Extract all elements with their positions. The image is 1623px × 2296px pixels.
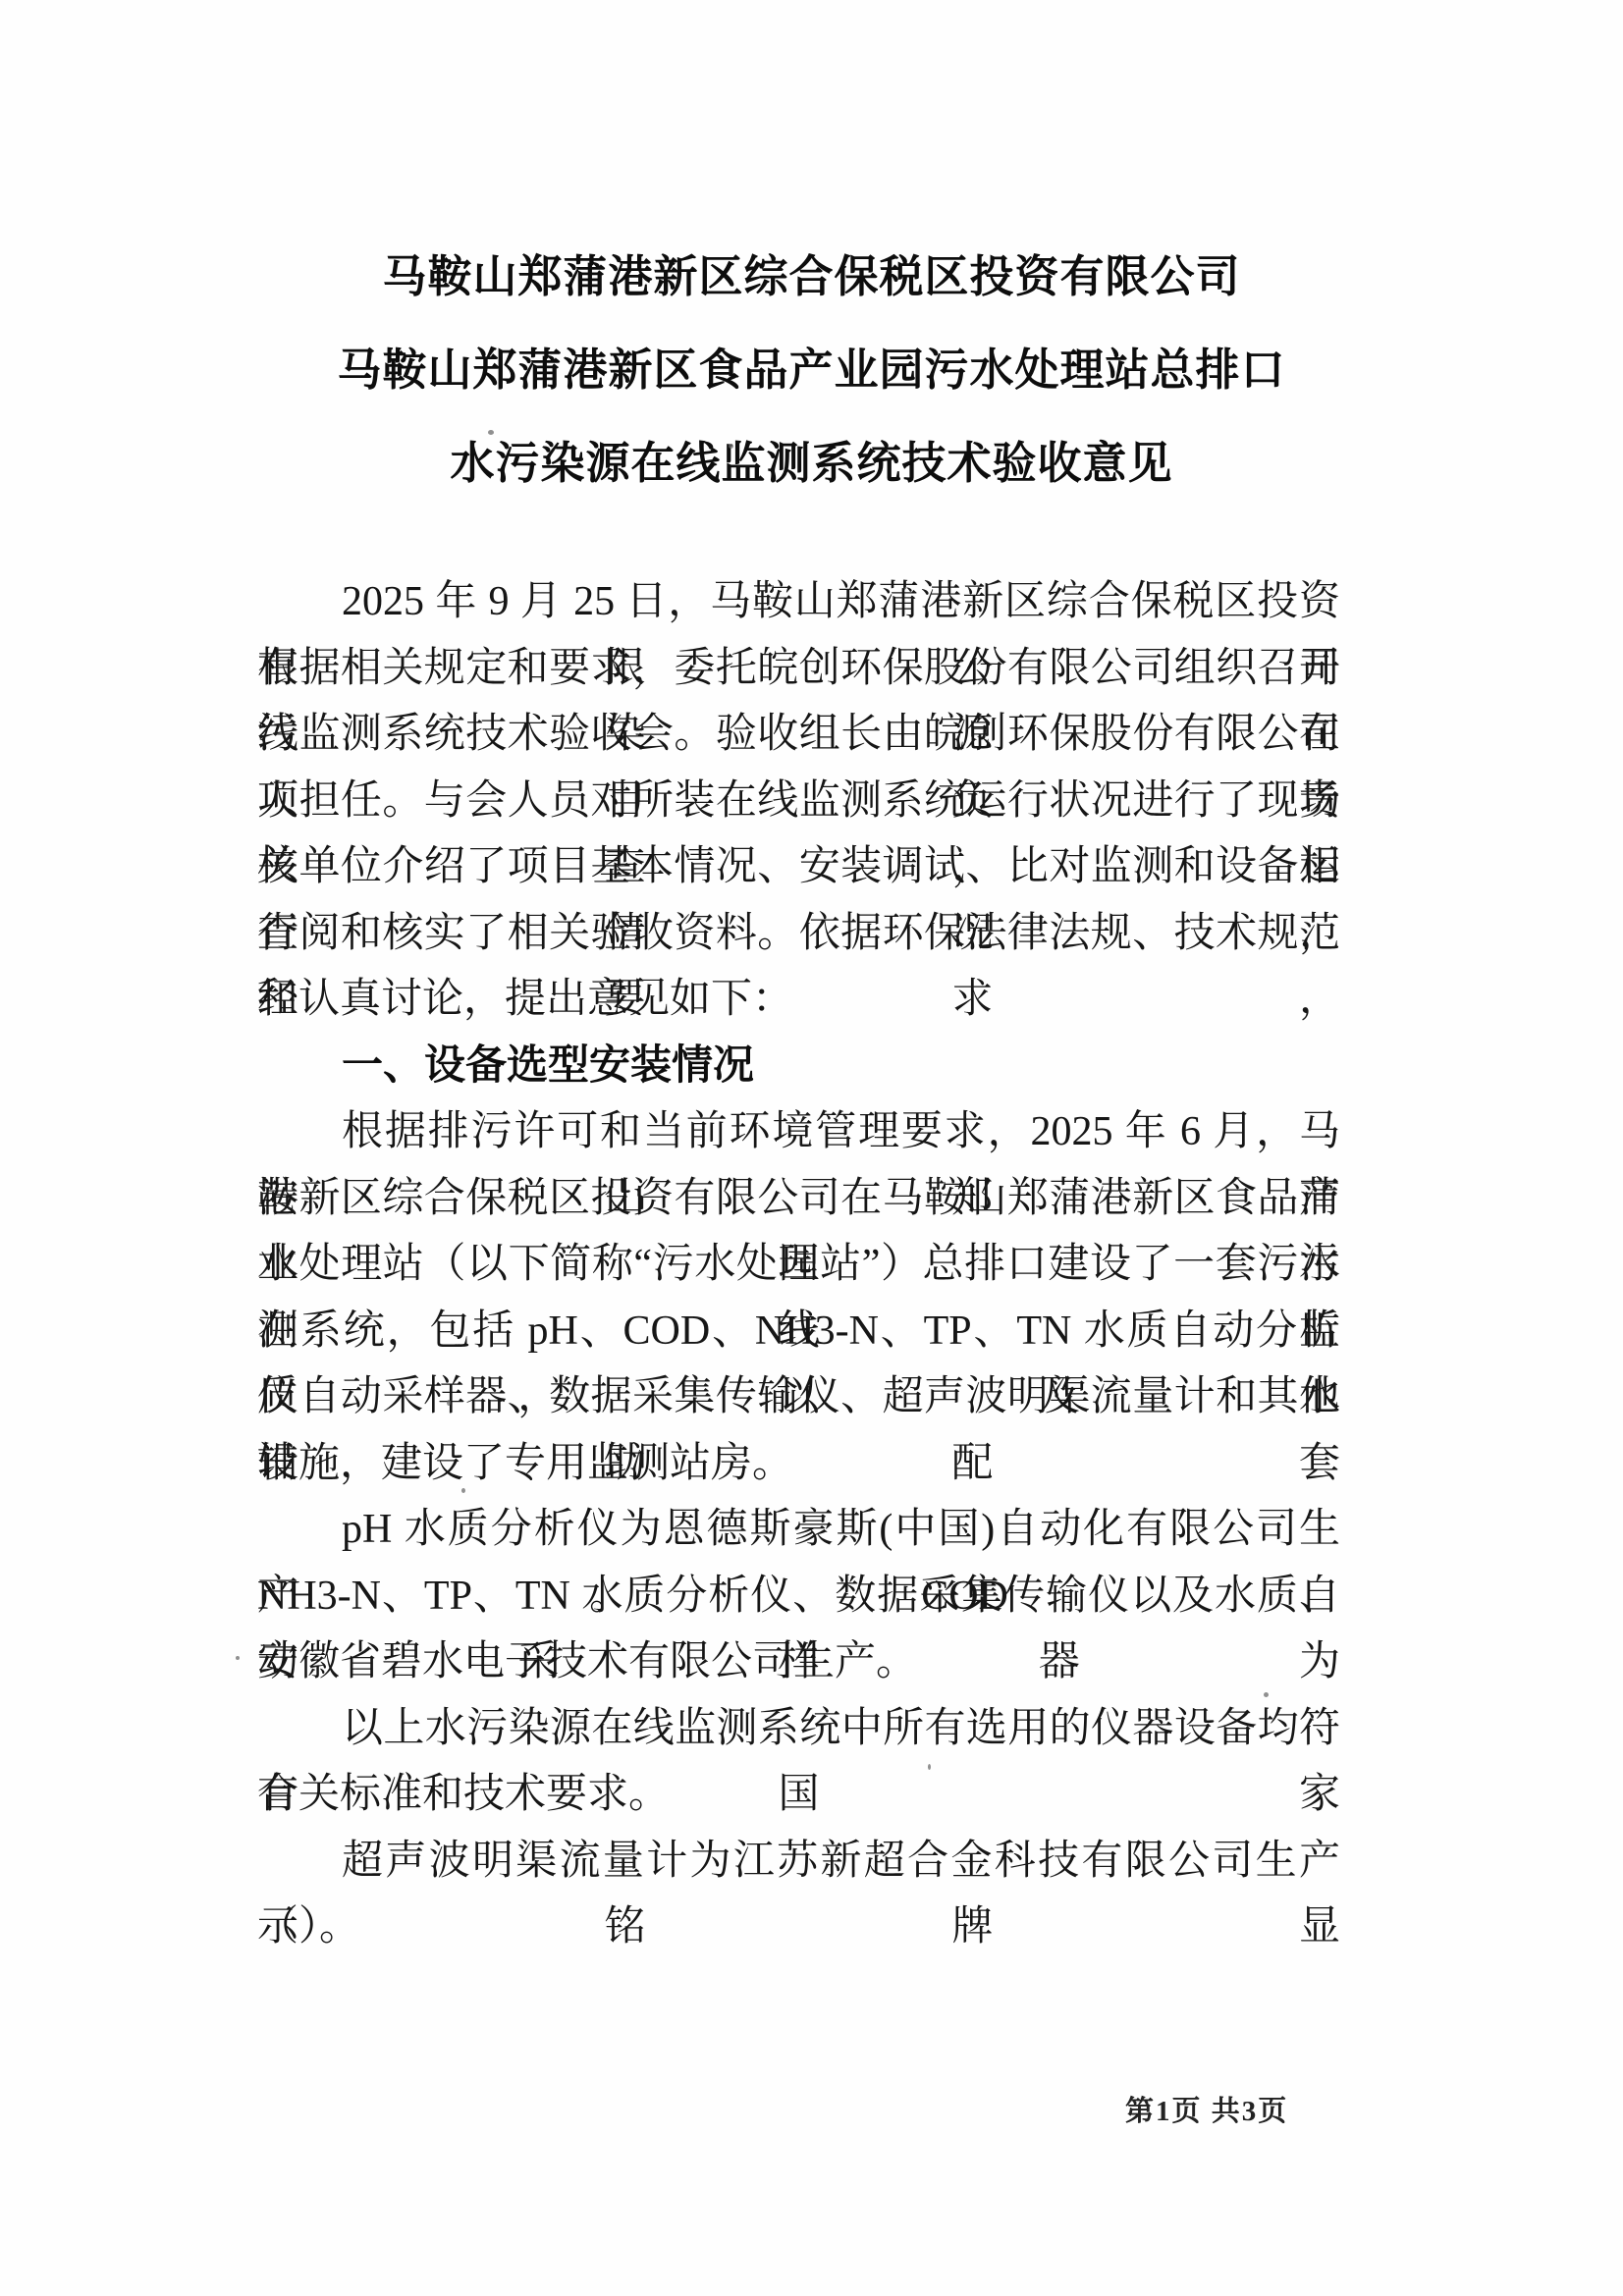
body-line: 查阅和核实了相关验收资料。依据环保法律法规、技术规范和要求， bbox=[257, 901, 1340, 968]
document-title: 马鞍山郑蒲港新区综合保税区投资有限公司 马鞍山郑蒲港新区食品产业园污水处理站总排… bbox=[0, 231, 1623, 510]
scan-speck bbox=[447, 1400, 451, 1406]
title-line-1: 马鞍山郑蒲港新区综合保税区投资有限公司 bbox=[0, 231, 1623, 324]
body-line: 根据相关规定和要求，委托皖创环保股份有限公司组织召开污染源在 bbox=[257, 636, 1340, 703]
body-line: 超声波明渠流量计为江苏新超合金科技有限公司生产（铭牌显 bbox=[257, 1829, 1340, 1896]
scan-speck bbox=[236, 1656, 240, 1660]
scan-speck bbox=[488, 430, 494, 435]
body-line: 根据排污许可和当前环境管理要求，2025 年 6 月，马鞍山郑蒲 bbox=[257, 1099, 1340, 1166]
body-line: 以上水污染源在线监测系统中所有选用的仪器设备均符合国家 bbox=[257, 1696, 1340, 1763]
body-line: 测系统，包括 pH、COD、NH3-N、TP、TN 水质自动分析仪，以及水 bbox=[257, 1299, 1340, 1365]
scan-speck bbox=[1264, 1692, 1269, 1697]
title-line-2: 马鞍山郑蒲港新区食品产业园污水处理站总排口 bbox=[0, 324, 1623, 417]
body-line: 水处理站（以下简称“污水处理站”）总排口建设了一套污水在线监 bbox=[257, 1232, 1340, 1299]
body-line: 2025 年 9 月 25 日，马鞍山郑蒲港新区综合保税区投资有限公司 bbox=[257, 569, 1340, 636]
body-line: 人担任。与会人员对所装在线监测系统运行状况进行了现场核查，相 bbox=[257, 769, 1340, 835]
body-line: 关单位介绍了项目基本情况、安装调试、比对监测和设备运行情况， bbox=[257, 834, 1340, 901]
body-line: 港新区综合保税区投资有限公司在马鞍山郑蒲港新区食品产业园污 bbox=[257, 1166, 1340, 1233]
page-number: 第1页 共3页 bbox=[1125, 2089, 1288, 2129]
title-line-3: 水污染源在线监测系统技术验收意见 bbox=[0, 417, 1623, 510]
scan-speck bbox=[729, 444, 733, 449]
body-text: 2025 年 9 月 25 日，马鞍山郑蒲港新区综合保税区投资有限公司 根据相关… bbox=[257, 569, 1340, 1961]
scan-speck bbox=[461, 1488, 465, 1493]
body-line: NH3-N、TP、TN 水质分析仪、数据采集传输仪以及水质自动采样器为 bbox=[257, 1564, 1340, 1630]
body-line: 质自动采样器、数据采集传输仪、超声波明渠流量计和其他辅助配套 bbox=[257, 1364, 1340, 1431]
body-line: 线监测系统技术验收会。验收组长由皖创环保股份有限公司项目负责 bbox=[257, 702, 1340, 769]
scan-speck bbox=[928, 1764, 931, 1770]
body-line: pH 水质分析仪为恩德斯豪斯(中国)自动化有限公司生产。COD、 bbox=[257, 1497, 1340, 1564]
document-page: 马鞍山郑蒲港新区综合保税区投资有限公司 马鞍山郑蒲港新区食品产业园污水处理站总排… bbox=[0, 0, 1623, 2296]
section-heading: 一、设备选型安装情况 bbox=[257, 1034, 1340, 1100]
